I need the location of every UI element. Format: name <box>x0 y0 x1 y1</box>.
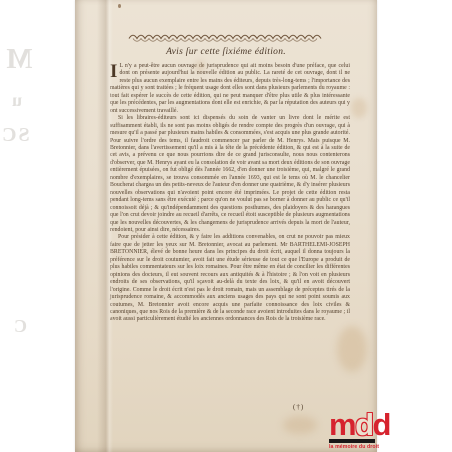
paragraph-text: L n'y a peut-être aucun ouvrage de juris… <box>110 63 350 114</box>
logo-wordmark: m d d <box>329 413 375 437</box>
paragraph: Si les libraires-éditeurs sont ici dispe… <box>110 115 350 234</box>
paper-stain <box>283 416 317 434</box>
signature-mark: (†) <box>293 403 304 411</box>
show-through-text: u <box>12 90 22 111</box>
book-page: Avis ſur cette ſixiéme édition. IL n'y a… <box>75 0 377 452</box>
show-through-text: SC <box>0 124 30 147</box>
logo-tagline: la mémoire du droit <box>329 444 375 450</box>
show-through-text: C <box>14 316 27 337</box>
mdd-logo: m d d la mémoire du droit <box>329 413 375 450</box>
drop-cap: I <box>110 64 117 80</box>
listing-photo: M u SC C Avis ſur cette ſixiéme édition.… <box>0 0 452 452</box>
paragraph: Pour présider à cette édition, & y faire… <box>110 234 350 323</box>
logo-letter-d: d <box>373 413 390 437</box>
paper-stain <box>351 98 367 118</box>
ornament-divider <box>126 30 326 43</box>
paper-stain <box>337 326 367 372</box>
show-through-text: M <box>6 44 32 76</box>
logo-letter-d-outline: d <box>355 413 372 437</box>
paragraph: IL n'y a peut-être aucun ouvrage de juri… <box>110 63 350 115</box>
page-heading: Avis ſur cette ſixiéme édition. <box>75 47 377 57</box>
page-body: IL n'y a peut-être aucun ouvrage de juri… <box>110 63 350 324</box>
paper-stain <box>118 4 121 8</box>
logo-letter-m: m <box>329 413 355 437</box>
